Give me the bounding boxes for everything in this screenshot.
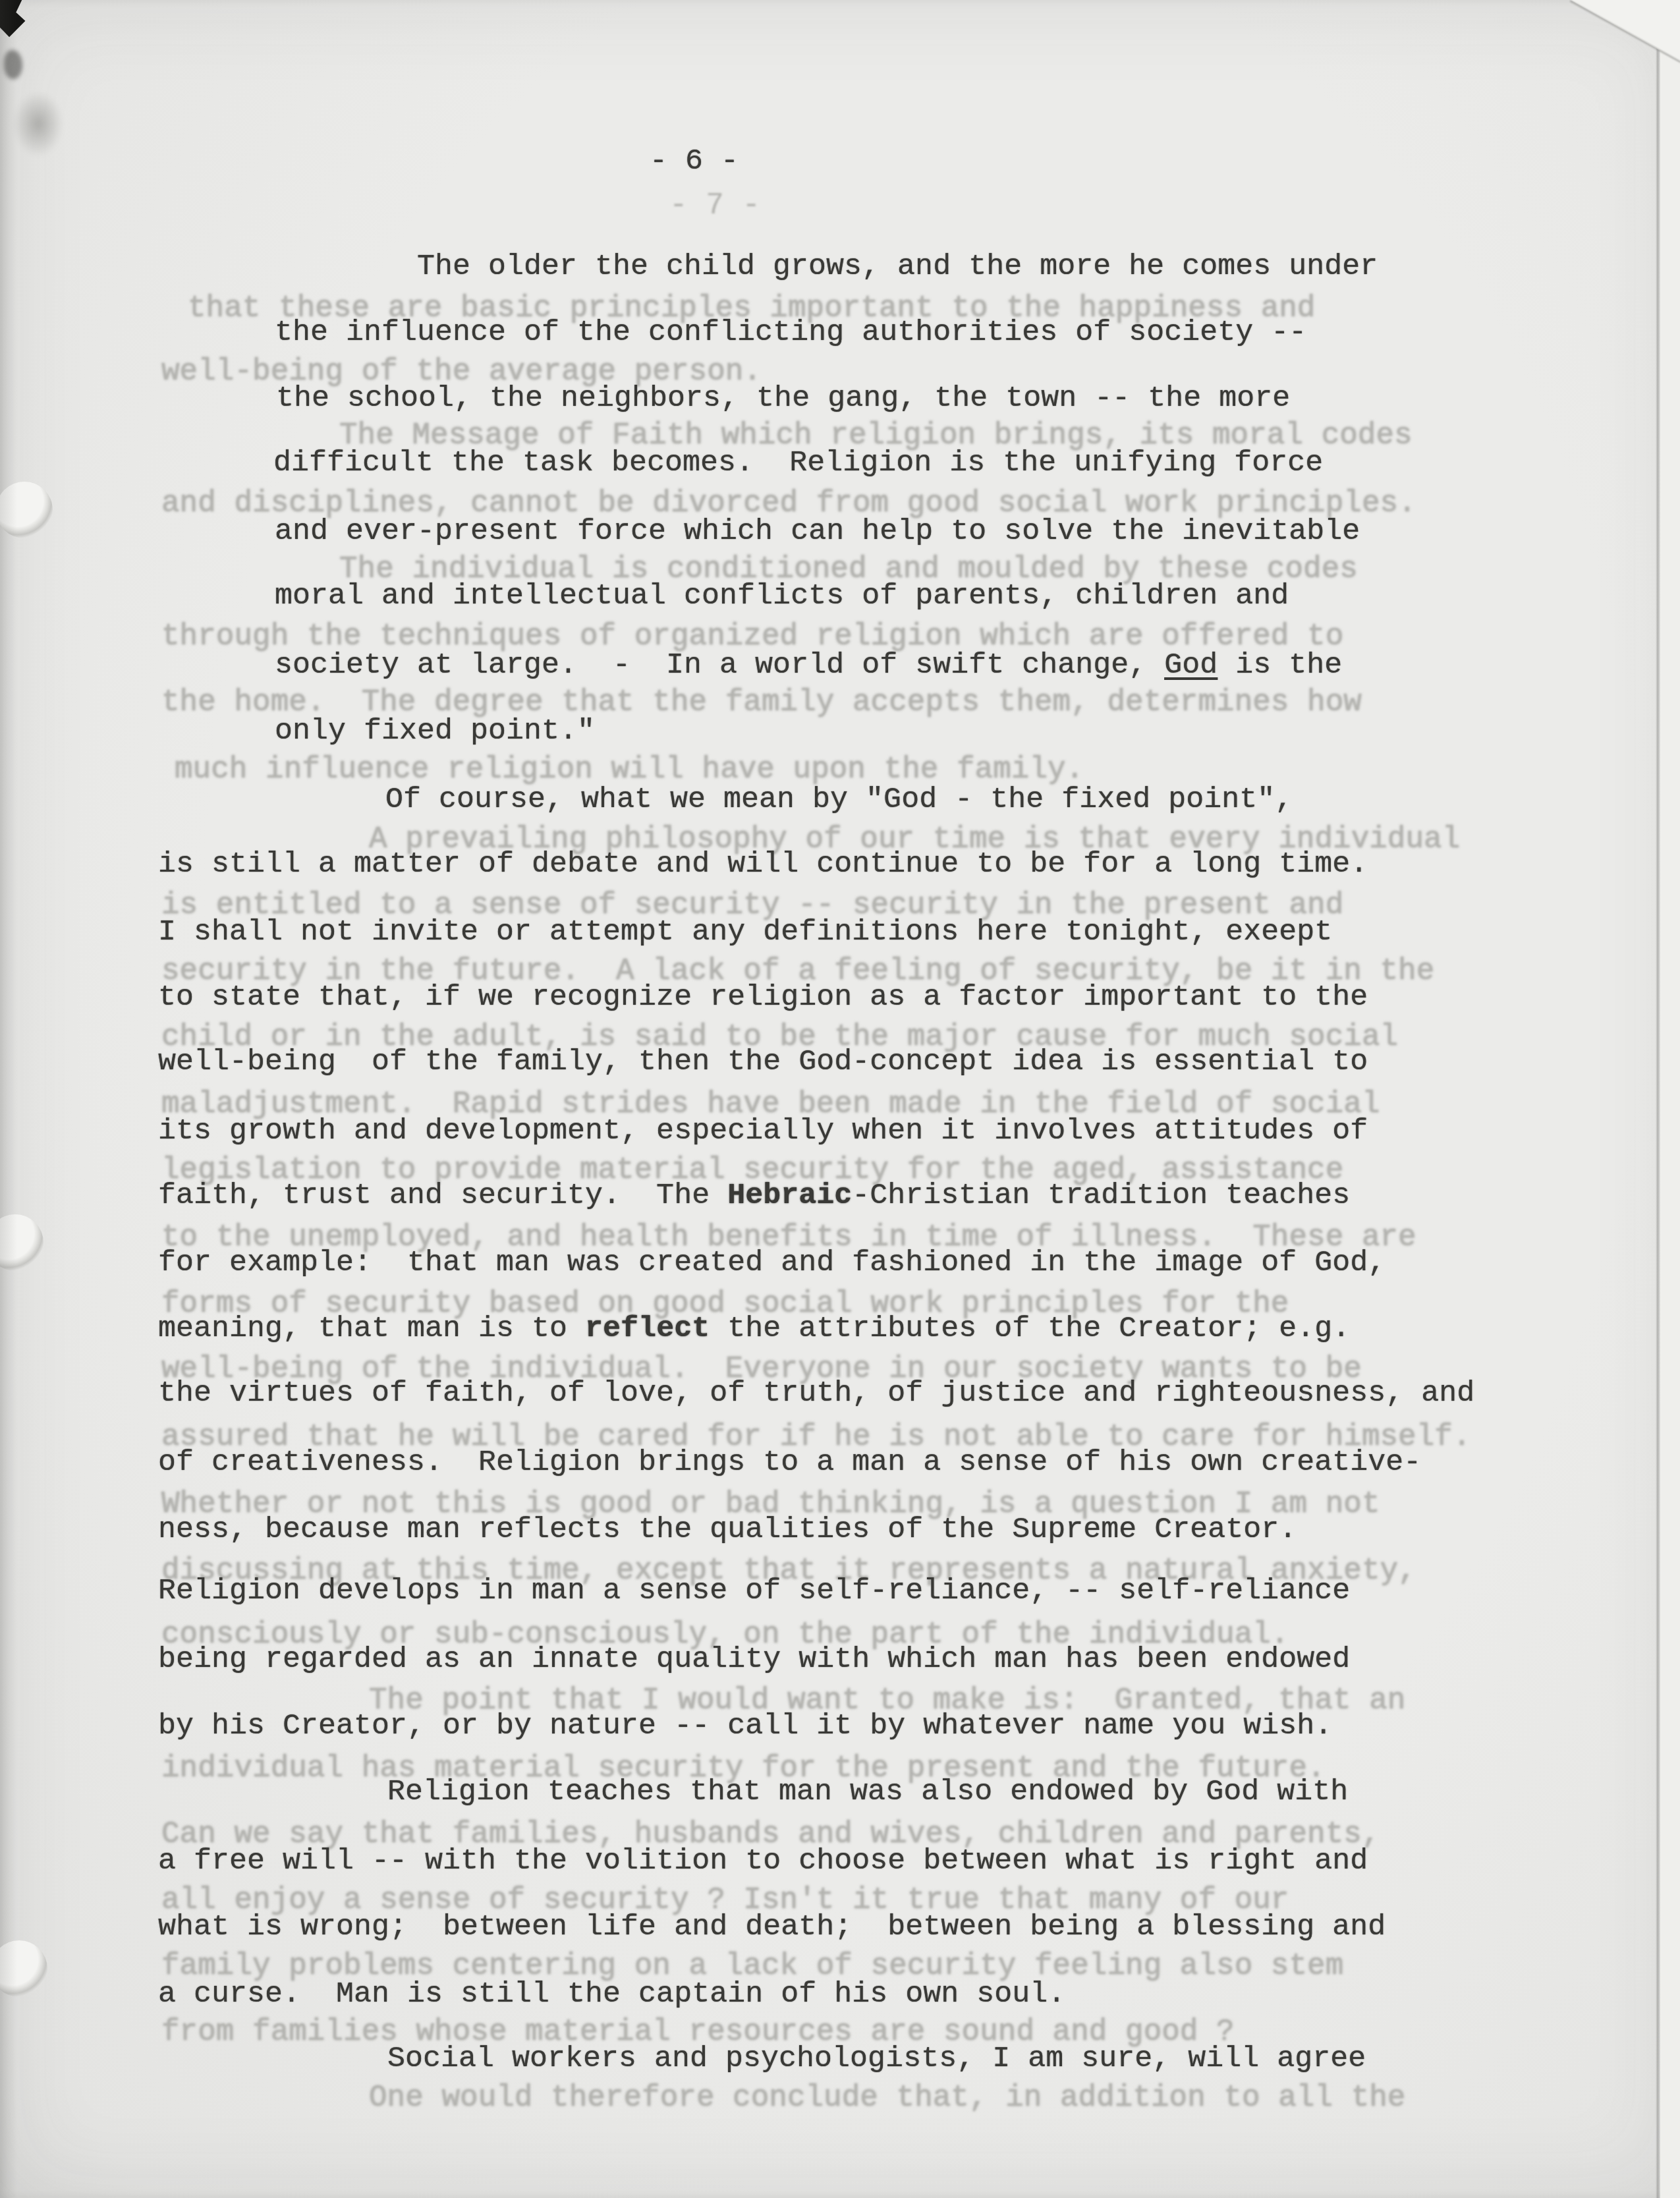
- ghost-line: much influence religion will have upon t…: [175, 755, 1084, 785]
- typed-line: being regarded as an innate quality with…: [158, 1645, 1350, 1674]
- typed-line: Of course, what we mean by "God - the fi…: [385, 785, 1293, 814]
- typed-line: a curse. Man is still the captain of his…: [158, 1979, 1065, 2009]
- right-paper-edge: [1660, 0, 1680, 2198]
- typed-line: what is wrong; between life and death; b…: [158, 1912, 1386, 1942]
- typed-line: The older the child grows, and the more …: [417, 252, 1378, 281]
- typed-line: I shall not invite or attempt any defini…: [158, 917, 1332, 947]
- typed-line: society at large. - In a world of swift …: [275, 650, 1342, 680]
- typed-line: the influence of the conflicting authori…: [275, 318, 1306, 347]
- typed-line: faith, trust and security. The Hebraic-C…: [158, 1181, 1350, 1210]
- left-edge-shadow: [0, 0, 17, 2198]
- typed-line: to state that, if we recognize religion …: [158, 982, 1368, 1012]
- ghost-line: the home. The degree that the family acc…: [161, 688, 1362, 718]
- typed-line: difficult the task becomes. Religion is …: [273, 448, 1323, 478]
- typed-line: Religion teaches that man was also endow…: [387, 1777, 1348, 1807]
- typed-line: the school, the neighbors, the gang, the…: [276, 383, 1290, 413]
- typed-line: by his Creator, or by nature -- call it …: [158, 1711, 1332, 1741]
- typed-line: a free will -- with the volition to choo…: [158, 1846, 1368, 1876]
- page-number: - 6 -: [650, 146, 739, 176]
- typed-line: ness, because man reflects the qualities…: [158, 1515, 1297, 1544]
- right-edge-shadow: [1656, 0, 1660, 2198]
- typed-line: well-being of the family, then the God-c…: [158, 1047, 1368, 1077]
- typed-line: moral and intellectual conflicts of pare…: [275, 581, 1289, 611]
- typed-line: Religion develops in man a sense of self…: [158, 1576, 1350, 1606]
- typed-line: its growth and development, especially w…: [158, 1116, 1368, 1146]
- typed-line: and ever-present force which can help to…: [275, 517, 1360, 546]
- ghost-line: through the techniques of organized reli…: [161, 622, 1343, 652]
- typed-line: for example: that man was created and fa…: [158, 1248, 1386, 1278]
- typed-line: Social workers and psychologists, I am s…: [387, 2044, 1366, 2073]
- paper-curl-shadow: [13, 91, 63, 157]
- typed-line: the virtues of faith, of love, of truth,…: [158, 1378, 1474, 1408]
- scanned-typewritten-page: - 7 - - 6 - that these are basic princip…: [0, 0, 1680, 2198]
- typed-line: meaning, that man is to reflect the attr…: [158, 1314, 1350, 1343]
- typed-line: is still a matter of debate and will con…: [158, 849, 1368, 879]
- typed-line: only fixed point.": [275, 716, 595, 746]
- ghost-line: One would therefore conclude that, in ad…: [369, 2083, 1405, 2113]
- typed-line: of creativeness. Religion brings to a ma…: [158, 1448, 1421, 1477]
- ghost-page-number: - 7 -: [669, 191, 760, 221]
